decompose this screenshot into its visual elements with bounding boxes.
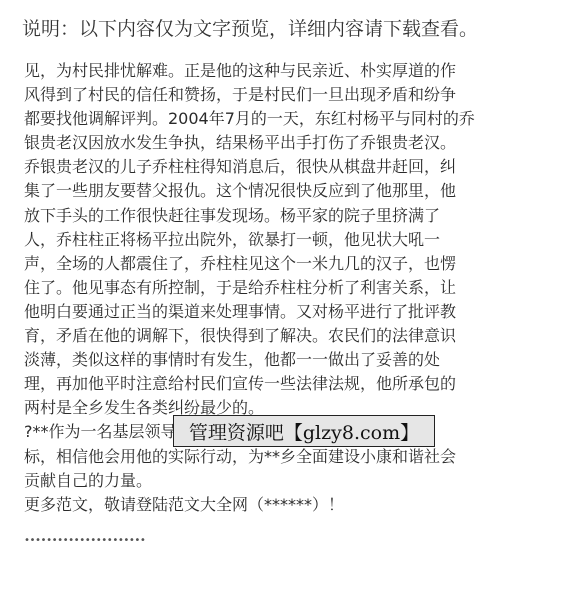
document-body: 见，为村民排忧解难。正是他的这种与民亲近、朴实厚道的作 风得到了村民的信任和赞扬… [24,59,564,517]
body-line: 声，全场的人都震住了，乔柱柱见这个一米九几的汉子，也愣 [24,252,564,276]
body-line: 住了。他见事态有所控制，于是给乔柱柱分析了利害关系，让 [24,276,564,300]
body-line: 放下手头的工作很快赶往事发现场。杨平家的院子里挤满了 [24,204,564,228]
body-line: 集了一些朋友要替父报仇。这个情况很快反应到了他那里，他 [24,179,564,203]
body-line: 贡献自己的力量。 [24,469,564,493]
body-line: 乔银贵老汉的儿子乔柱柱得知消息后，很快从棋盘井赶回，纠 [24,155,564,179]
body-line: 理，再加他平时注意给村民们宣传一些法律法规，他所承包的 [24,372,564,396]
preview-notice: 说明：以下内容仅为文字预览，详细内容请下载查看。 [22,14,478,41]
body-line: 银贵老汉因放水发生争执，结果杨平出手打伤了乔银贵老汉。 [24,131,564,155]
body-line: 他明白要通过正当的渠道来处理事情。又对杨平进行了批评教 [24,300,564,324]
body-line: 淡薄，类似这样的事情时有发生，他都一一做出了妥善的处 [24,348,564,372]
body-line: 见，为村民排忧解难。正是他的这种与民亲近、朴实厚道的作 [24,59,564,83]
body-line: 育，矛盾在他的调解下，很快得到了解决。农民们的法律意识 [24,324,564,348]
body-line: 更多范文，敬请登陆范文大全网（******）！ [24,493,564,517]
body-line: 人，乔柱柱正将杨平拉出院外，欲暴打一顿，他见状大吼一 [24,228,564,252]
body-line: 风得到了村民的信任和赞扬，于是村民们一旦出现矛盾和纷争 [24,83,564,107]
footer-dots-divider: •••••••••••••••••••••• [24,535,145,546]
body-line: 标，相信他会用他的实际行动，为**乡全面建设小康和谐社会 [24,445,564,469]
watermark-banner: 管理资源吧【glzy8.com】 [173,415,435,447]
body-line: 都要找他调解评判。2004年7月的一天，东红村杨平与同村的乔 [24,107,564,131]
